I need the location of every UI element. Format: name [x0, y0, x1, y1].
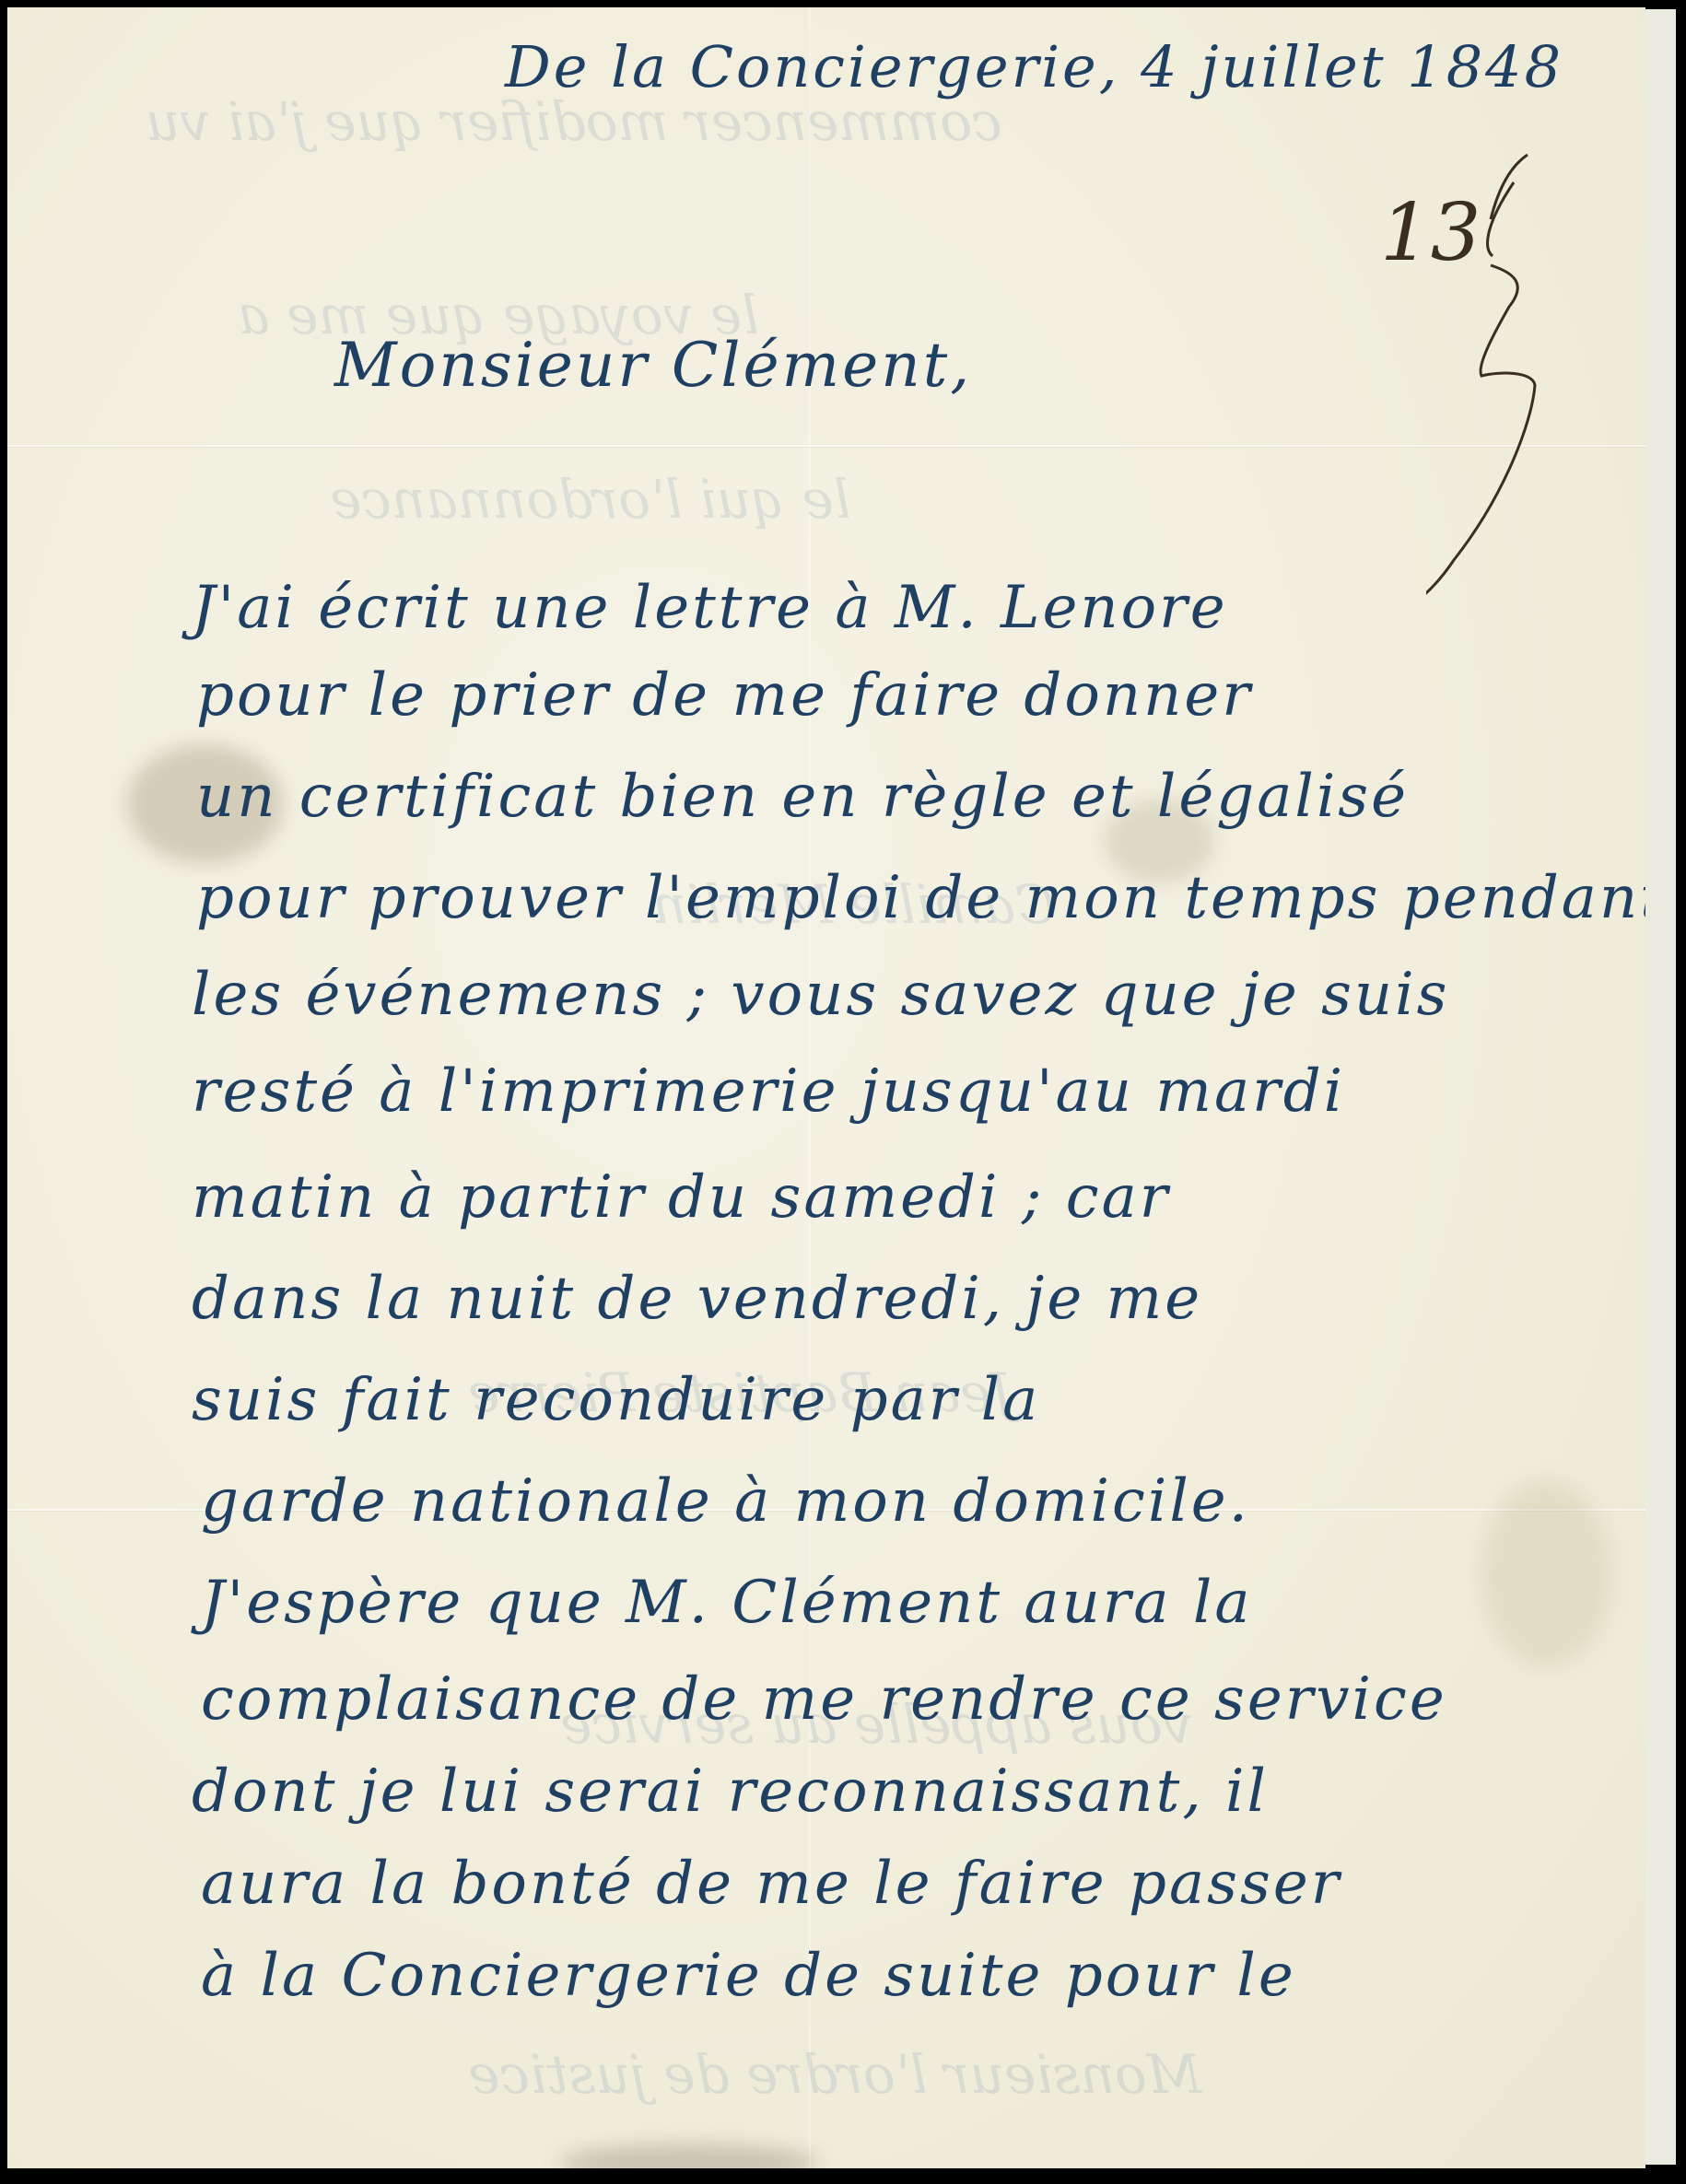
- edge-smudge: [560, 2144, 818, 2168]
- letter-page: commencer modifier que j'ai vu le voyage…: [7, 7, 1645, 2168]
- letter-line: pour prouver l'emploi de mon temps penda…: [196, 864, 1645, 932]
- letter-line: dont je lui serai reconnaissant, il: [192, 1758, 1269, 1826]
- bleed-through-text: Monsieur l'ordre de justice: [468, 2043, 1201, 2106]
- letter-dateline: De la Conciergerie, 4 juillet 1848: [505, 33, 1563, 100]
- letter-line: suis fait reconduire par la: [192, 1366, 1040, 1434]
- fold-crease-horizontal: [7, 445, 1645, 447]
- letter-line: matin à partir du samedi ; car: [192, 1163, 1170, 1232]
- letter-line: un certificat bien en règle et légalisé: [196, 763, 1409, 831]
- letter-salutation: Monsieur Clément,: [334, 330, 972, 401]
- bleed-through-text: le qui l'ordonnance: [330, 468, 850, 531]
- letter-line: les événemens ; vous savez que je suis: [192, 961, 1449, 1029]
- letter-line: J'espère que M. Clément aura la: [201, 1569, 1253, 1637]
- letter-line: dans la nuit de vendredi, je me: [192, 1265, 1202, 1333]
- foxing-stain: [1481, 1481, 1610, 1665]
- letter-line: aura la bonté de me le faire passer: [201, 1850, 1341, 1918]
- letter-line: resté à l'imprimerie jusqu'au mardi: [192, 1057, 1345, 1126]
- letter-line: complaisance de me rendre ce service: [201, 1665, 1447, 1734]
- letter-line: garde nationale à mon domicile.: [201, 1467, 1250, 1536]
- letter-line: pour le prier de me faire donner: [196, 661, 1253, 730]
- letter-line: à la Conciergerie de suite pour le: [201, 1942, 1296, 2010]
- archive-bracket-flourish: [1426, 146, 1645, 643]
- letter-line: J'ai écrit une lettre à M. Lenore: [192, 574, 1228, 642]
